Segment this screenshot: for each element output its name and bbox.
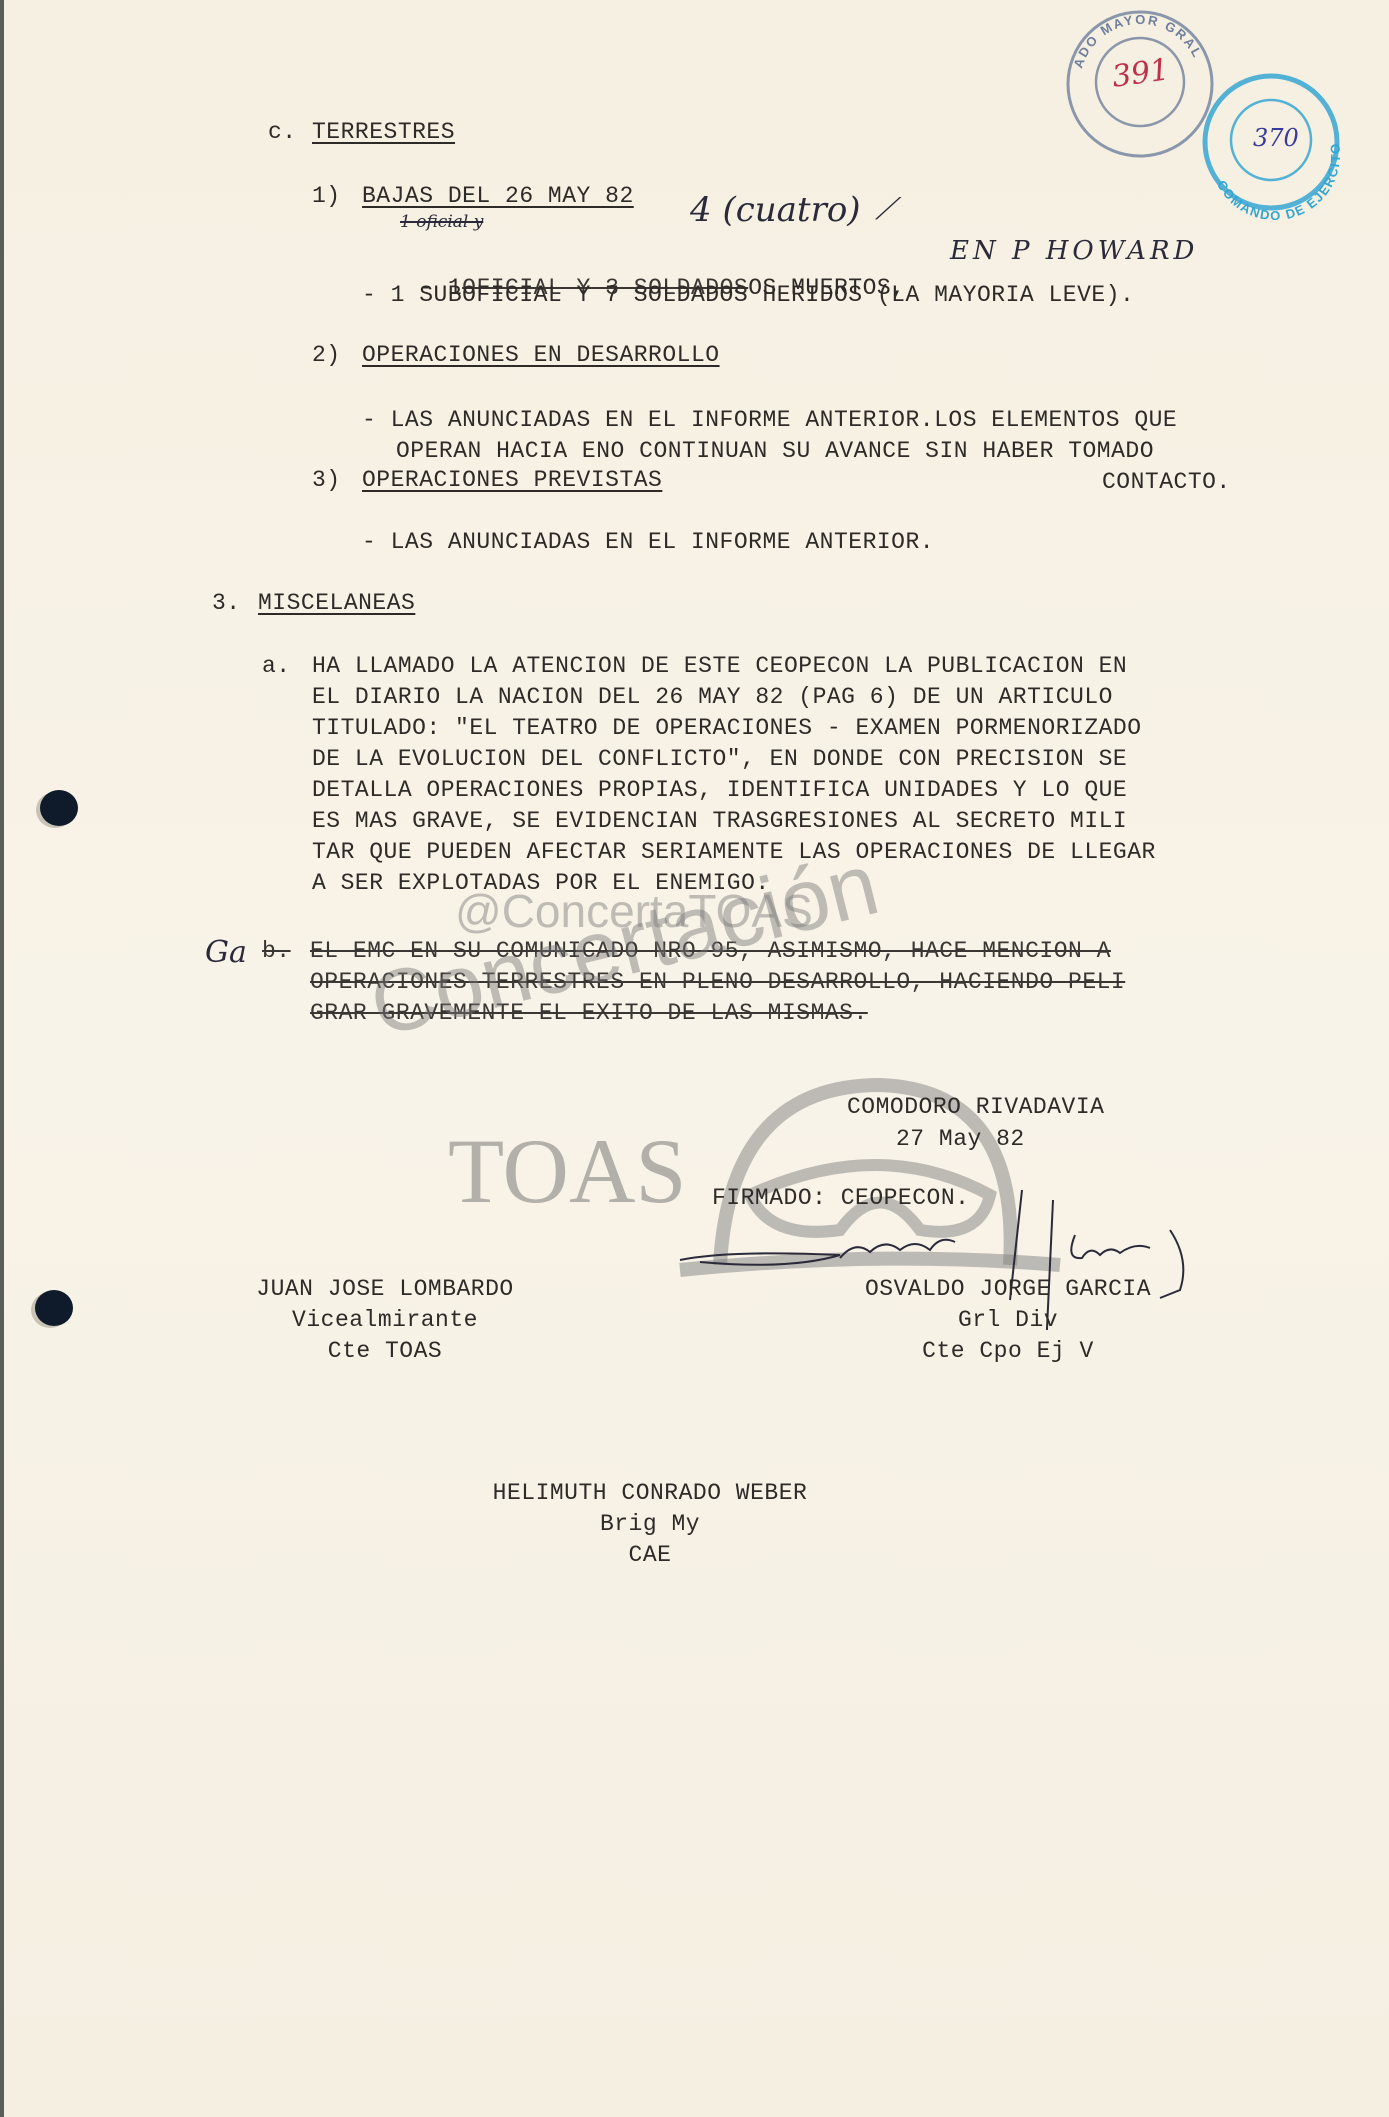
signatory-role: Cte TOAS [225,1336,545,1367]
item1-number: 1) [312,181,341,212]
item3-number: 3) [312,465,341,496]
watermark-short: TOAS [448,1118,687,1224]
para-a-line: EL DIARIO LA NACION DEL 26 MAY 82 (PAG 6… [312,682,1156,713]
signatory-name: OSVALDO JORGE GARCIA [838,1274,1178,1305]
stamp-comando: COMANDO DE EJERCITO 370 [1195,70,1355,210]
para-a-label: a. [262,651,291,682]
para-a-line: TAR QUE PUEDEN AFECTAR SERIAMENTE LAS OP… [312,837,1156,868]
signatory-rank: Brig My [455,1509,845,1540]
item1-title: BAJAS DEL 26 MAY 82 [362,181,634,212]
section-3-label: 3. [212,588,241,619]
item2-number: 2) [312,340,341,371]
section-c-title: TERRESTRES [312,117,455,148]
handwritten-initials-1: ⟋ [875,192,896,227]
signatory-role: Cte Cpo Ej V [838,1336,1178,1367]
section-c-label: c. [268,117,297,148]
handwritten-struck-correction: 1 oficial y [400,212,483,232]
signatory-garcia: OSVALDO JORGE GARCIA Grl Div Cte Cpo Ej … [838,1274,1178,1367]
item1-line2: - 1 SUBOFICIAL Y 7 SOLDADOS HERIDOS (LA … [362,280,1134,311]
para-a-line: DE LA EVOLUCION DEL CONFLICTO", EN DONDE… [312,744,1156,775]
para-b-label: b. [262,936,291,967]
para-a-line: DETALLA OPERACIONES PROPIAS, IDENTIFICA … [312,775,1156,806]
item2-line2: OPERAN HACIA ENO CONTINUAN SU AVANCE SIN… [396,436,1154,467]
signatory-role: CAE [455,1540,845,1571]
margin-initials: Ga [205,935,247,970]
item2-line1: - LAS ANUNCIADAS EN EL INFORME ANTERIOR.… [362,405,1177,436]
punch-hole-bottom [35,1290,73,1326]
section-3-title: MISCELANEAS [258,588,415,619]
handwritten-count: 4 (cuatro) [690,190,861,230]
closing-place: COMODORO RIVADAVIA [847,1092,1104,1123]
signatory-rank: Grl Div [838,1305,1178,1336]
item3-title: OPERACIONES PREVISTAS [362,465,662,496]
closing-date: 27 May 82 [896,1124,1025,1155]
signatory-rank: Vicealmirante [225,1305,545,1336]
handwritten-location: EN P HOWARD [950,236,1198,266]
para-a-line: ES MAS GRAVE, SE EVIDENCIAN TRASGRESIONE… [312,806,1156,837]
page-edge [0,0,4,2117]
para-a-text: HA LLAMADO LA ATENCION DE ESTE CEOPECON … [312,651,1156,899]
document-page: ADO MAYOR GRAL 391 COMANDO DE EJERCITO 3… [0,0,1389,2117]
item3-line1: - LAS ANUNCIADAS EN EL INFORME ANTERIOR. [362,527,934,558]
item2-line3: CONTACTO. [1102,467,1231,498]
para-a-line: TITULADO: "EL TEATRO DE OPERACIONES - EX… [312,713,1156,744]
signatory-weber: HELIMUTH CONRADO WEBER Brig My CAE [455,1478,845,1571]
signatory-name: HELIMUTH CONRADO WEBER [455,1478,845,1509]
stamp-estado-mayor: ADO MAYOR GRAL 391 [1072,8,1192,158]
para-a-line: HA LLAMADO LA ATENCION DE ESTE CEOPECON … [312,651,1156,682]
signatory-lombardo: JUAN JOSE LOMBARDO Vicealmirante Cte TOA… [225,1274,545,1367]
punch-hole-top [40,790,78,826]
item2-title: OPERACIONES EN DESARROLLO [362,340,720,371]
signatory-name: JUAN JOSE LOMBARDO [225,1274,545,1305]
stamp2-number: 370 [1253,124,1299,152]
